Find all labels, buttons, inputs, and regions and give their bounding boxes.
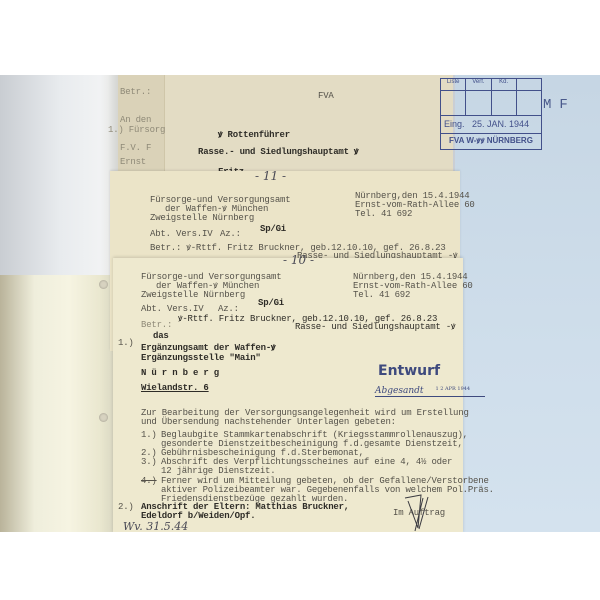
stamp-org: FVA W-ꝟꝟ NÜRNBERG xyxy=(441,134,541,147)
abgesandt-label: Abgesandt xyxy=(375,386,424,396)
margin-text: 1.) Fürsorg xyxy=(108,125,165,135)
telephone: Tel. 41 692 xyxy=(353,290,410,300)
stamp-col: Verf. xyxy=(466,79,491,90)
back-header: FVA xyxy=(318,91,334,101)
recipient-line: Ergänzungsamt der Waffen-ꝟ xyxy=(141,343,275,353)
receipt-stamp: Liste Verf. Kd. Eing. 25. JAN. 1944 FVA … xyxy=(440,78,542,150)
recipient-number: 1.) xyxy=(118,338,134,348)
stamp-date-row: Eing. 25. JAN. 1944 xyxy=(441,116,541,134)
margin-text: Ernst xyxy=(120,157,146,167)
item-text: 12 jährige Dienstzeit. xyxy=(161,466,275,476)
entwurf-stamp: Entwurf xyxy=(378,363,440,379)
reference-label: Az.: xyxy=(220,229,241,239)
page-mark: - 11 - xyxy=(255,169,286,183)
left-binder-page xyxy=(0,275,115,532)
signature-icon xyxy=(403,493,443,532)
stamp-date: 25. JAN. 1944 xyxy=(472,119,529,129)
margin-text: F.V. F xyxy=(120,143,151,153)
section-number: 2.) xyxy=(118,502,134,512)
document-photo: Betr.: An den 1.) Fürsorg F.V. F Ernst G… xyxy=(0,75,600,532)
stamp-col: Liste xyxy=(441,79,466,90)
recipient-line: Wielandstr. 6 xyxy=(141,383,209,393)
reference-value: Sp/Gi xyxy=(260,224,286,234)
punch-hole xyxy=(99,413,108,422)
margin-text: Betr.: xyxy=(120,87,151,97)
reference-label: Az.: xyxy=(218,304,239,314)
item-number: 3.) xyxy=(141,457,157,467)
front-sheet: - 10 - Fürsorge-und Versorgungsamt der W… xyxy=(113,258,463,532)
abgesandt-date: 1 2 APR 1944 xyxy=(436,386,471,392)
recipient-line: N ü r n b e r g xyxy=(141,368,219,378)
side-mark: M F xyxy=(543,100,568,110)
sender-line: Zweigstelle Nürnberg xyxy=(150,213,254,223)
telephone: Tel. 41 692 xyxy=(355,209,412,219)
back-recipient: ꝟ Rottenführer xyxy=(218,130,290,140)
sender-line: Zweigstelle Nürnberg xyxy=(141,290,245,300)
page-mark: - 10 - xyxy=(283,253,314,267)
subject-line: Rasse- und Siedlungshauptamt -ꝟ xyxy=(295,322,455,332)
body-text: und Übersendung nachstehender Unterlagen… xyxy=(141,417,396,427)
punch-hole xyxy=(99,280,108,289)
abgesandt-stamp: Abgesandt1 2 APR 1944 xyxy=(375,386,485,397)
subject-label: Betr.: xyxy=(141,320,172,330)
stamp-col: Kd. xyxy=(492,79,517,90)
recipient-line: Ergänzungsstelle "Main" xyxy=(141,353,261,363)
back-recipient: Rasse.- und Siedlungshauptamt ꝟ xyxy=(198,147,358,157)
stamp-date-label: Eing. xyxy=(444,119,465,129)
department: Abt. Vers.IV xyxy=(141,304,203,314)
recipient-line: das xyxy=(153,331,169,341)
resubmission-note: Wv. 31.5.44 xyxy=(123,520,188,532)
item-number: 1.) xyxy=(141,430,157,440)
reference-value: Sp/Gi xyxy=(258,298,284,308)
department: Abt. Vers.IV xyxy=(150,229,212,239)
margin-text: An den xyxy=(120,115,151,125)
item-number: 4.) xyxy=(141,476,157,486)
